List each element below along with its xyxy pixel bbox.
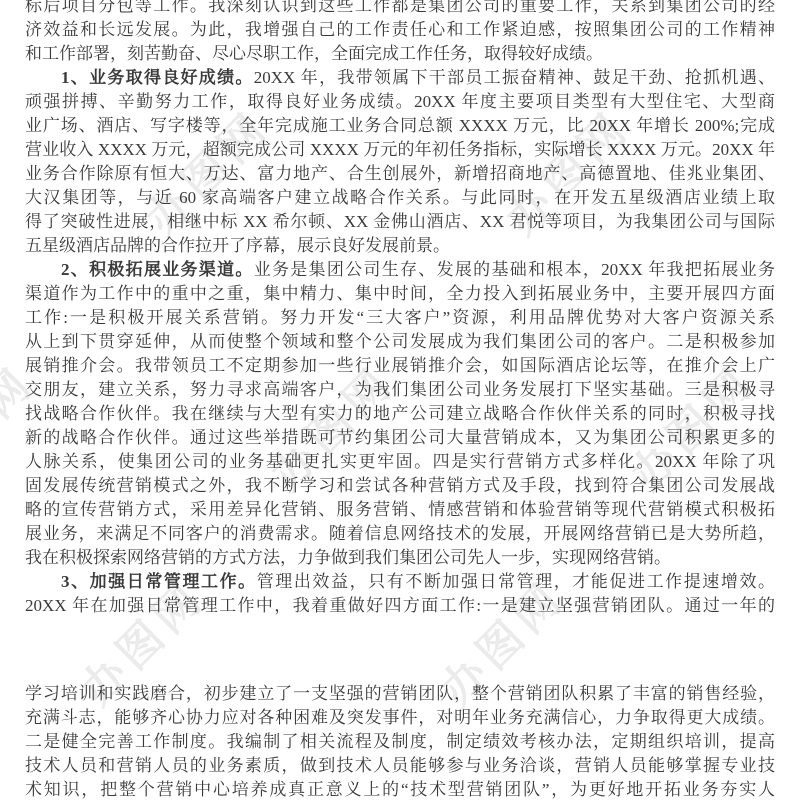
text-line: 展销推介会。我带领员工不定期参加一些行业展销推介会，如国际酒店论坛等，在推介会上… (25, 354, 775, 378)
watermark-text: 办图网 (783, 563, 800, 716)
text-line: 略的宣传营销方式，采用差异化营销、服务营销、情感营销和体验营销等现代营销模式积极… (25, 498, 775, 522)
text-line: 新的战略合作伙伴。通过这些举措既可节约集团公司大量营销成本，又为集团公司积累更多… (25, 426, 775, 450)
text-line: 人脉关系，使集团公司的业务基础更扎实更牢固。四是实行营销方式多样化。20XX 年… (25, 450, 775, 474)
text-line: 标后项目分包等工作。我深刻认识到这些工作都是集团公司的重要工作，关系到集团公司的… (25, 0, 775, 18)
text-line: 业广场、酒店、写字楼等，全年完成施工业务合同总额 XXXX 万元，比 20XX … (25, 114, 775, 138)
text-line: 渠道作为工作中的重中之重，集中精力、集中时间，全力投入到拓展业务中，主要开展四方… (25, 282, 775, 306)
text-line: 业务合作除原有恒大、万达、富力地产、合生创展外，新增招商地产、高德置地、佳兆业集… (25, 162, 775, 186)
text-line: 展业务，来满足不同客户的消费需求。随着信息网络技术的发展，开展网络营销已是大势所… (25, 522, 775, 546)
text-line: 大汉集团等，与近 60 家高端客户建立战略合作关系。与此同时，在开发五星级酒店业… (25, 186, 775, 210)
text-line: 和工作部署，刻苦勤奋、尽心尽职工作，全面完成工作任务，取得较好成绩。 (25, 42, 775, 66)
section-heading: 3、加强日常管理工作。 (61, 572, 257, 591)
text-line: 固发展传统营销模式之外，我不断学习和尝试各种营销方式及手段，找到符合集团公司发展… (25, 474, 775, 498)
paragraph-heading-line: 2、积极拓展业务渠道。业务是集团公司生存、发展的基础和根本，20XX 年我把拓展… (25, 258, 775, 282)
text-line: 顽强拼搏、辛勤努力工作，取得良好业务成绩。20XX 年度主要项目类型有大型住宅、… (25, 90, 775, 114)
text-line: 五星级酒店品牌的合作拉开了序幕，展示良好发展前景。 (25, 234, 775, 258)
text-line: 技术人员和营销人员的业务素质，做到技术人员能够参与业务洽谈，营销人员能够掌握专业… (25, 754, 775, 778)
text-line: 二是健全完善工作制度。我编制了相关流程及制度，制定绩效考核办法，定期组织培训，提… (25, 730, 775, 754)
text-line: 交朋友，建立关系，努力寻求高端客户，为我们集团公司业务发展打下坚实基础。三是积极… (25, 378, 775, 402)
text-block-top: 标后项目分包等工作。我深刻认识到这些工作都是集团公司的重要工作，关系到集团公司的… (25, 0, 775, 618)
text-line: 工作:一是积极开展关系营销。努力开发“三大客户”资源，利用品牌优势对大客户资源关… (25, 306, 775, 330)
text-line: 从上到下贯穿延伸，从而使整个领域和整个公司发展成为我们集团公司的客户。二是积极参… (25, 330, 775, 354)
text-line: 我在积极探索网络营销的方式方法，力争做到我们集团公司先人一步，实现网络营销。 (25, 546, 775, 570)
text-line: 学习培训和实践磨合，初步建立了一支坚强的营销团队，整个营销团队积累了丰富的销售经… (25, 682, 775, 706)
paragraph-heading-line: 3、加强日常管理工作。管理出效益，只有不断加强日常管理，才能促进工作提速增效。 (25, 570, 775, 594)
text-line: 济效益和长远发展。为此，我增强自己的工作责任心和工作紧迫感，按照集团公司的工作精… (25, 18, 775, 42)
text-line: 找战略合作伙伴。我在继续与大型有实力的地产公司建立战略合作伙伴关系的同时，积极寻… (25, 402, 775, 426)
text-line: 充满斗志，能够齐心协力应对各种困难及突发事件，对明年业务充满信心，力争取得更大成… (25, 706, 775, 730)
section-heading: 2、积极拓展业务渠道。 (61, 260, 254, 279)
document-page: 办图网办图网办图网办图网办图网办图网办图网办图网办图网 标后项目分包等工作。我深… (0, 0, 800, 800)
text-line: 得了突破性进展，相继中标 XX 希尔顿、XX 金佛山酒店、XX 君悦等项目，为我… (25, 210, 775, 234)
text-line: 营业收入 XXXX 万元，超额完成公司 XXXX 万元的年初任务指标，实际增长 … (25, 138, 775, 162)
paragraph-heading-line: 1、业务取得良好成绩。20XX 年，我带领属下干部员工振奋精神、鼓足干劲、抢抓机… (25, 66, 775, 90)
section-heading: 1、业务取得良好成绩。 (61, 68, 254, 87)
text-line: 20XX 年在加强日常管理工作中，我着重做好四方面工作:一是建立坚强营销团队。通… (25, 594, 775, 618)
text-block-bottom: 学习培训和实践磨合，初步建立了一支坚强的营销团队，整个营销团队积累了丰富的销售经… (25, 682, 775, 800)
text-line: 术知识，把整个营销中心培养成真正意义上的“技术型营销团队”，为更好地开拓业务夯实… (25, 778, 775, 800)
